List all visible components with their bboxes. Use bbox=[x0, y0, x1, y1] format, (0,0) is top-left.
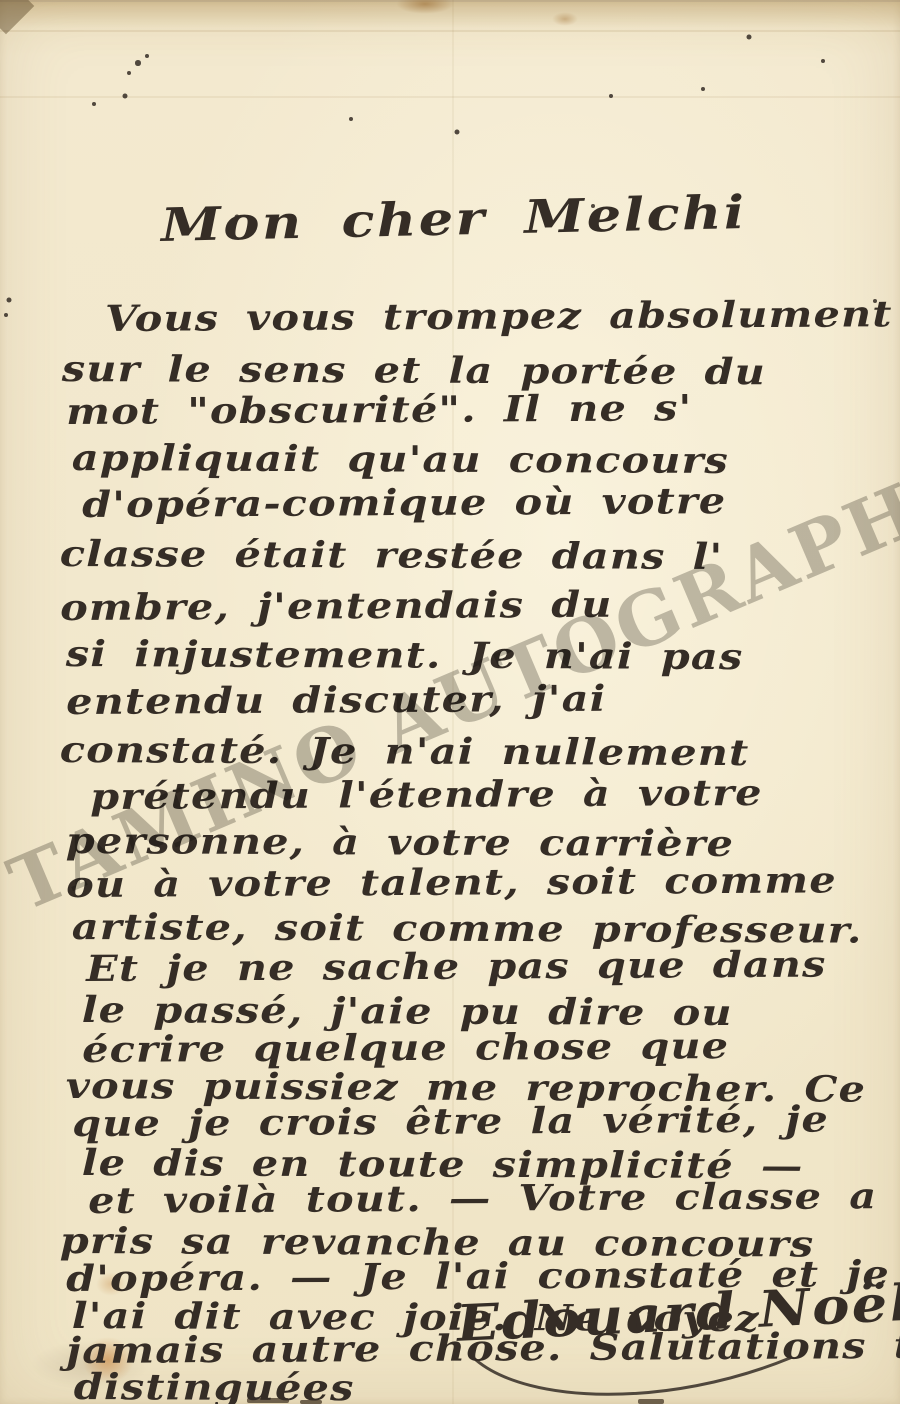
letter-line: personne, à votre carrière bbox=[66, 820, 735, 865]
letter-line: mot "obscurité". Il ne s' bbox=[66, 387, 693, 433]
letter-body: Vous vous trompez absolumentsur le sens … bbox=[0, 0, 900, 1404]
letter-line: constaté. Je n'ai nullement bbox=[60, 729, 750, 774]
letter-line: et voilà tout. — Votre classe a bbox=[88, 1175, 877, 1222]
letter-line: classe était restée dans l' bbox=[60, 533, 724, 578]
signature-flourish bbox=[468, 1352, 798, 1404]
letter-line: Et je ne sache pas que dans bbox=[86, 944, 827, 990]
letter-line: si injustement. Je n'ai pas bbox=[66, 633, 744, 678]
letter-line: prétendu l'étendre à votre bbox=[90, 772, 763, 818]
letter-line: Vous vous trompez absolument bbox=[105, 293, 893, 340]
letter-line: d'opéra-comique où votre bbox=[82, 480, 727, 526]
letter-line: écrire quelque chose que bbox=[82, 1025, 729, 1071]
letter-line: que je crois être la vérité, je bbox=[72, 1098, 829, 1145]
letter-line: ombre, j'entendais du bbox=[60, 584, 613, 629]
letter-line: distinguées bbox=[74, 1366, 355, 1404]
letter-line: entendu discuter, j'ai bbox=[66, 678, 607, 723]
letter-line: appliquait qu'au concours bbox=[72, 437, 729, 482]
letter-line: ou à votre talent, soit comme bbox=[66, 859, 837, 906]
letter-page: Mon cher Melchi Vous vous trompez absolu… bbox=[0, 0, 900, 1404]
